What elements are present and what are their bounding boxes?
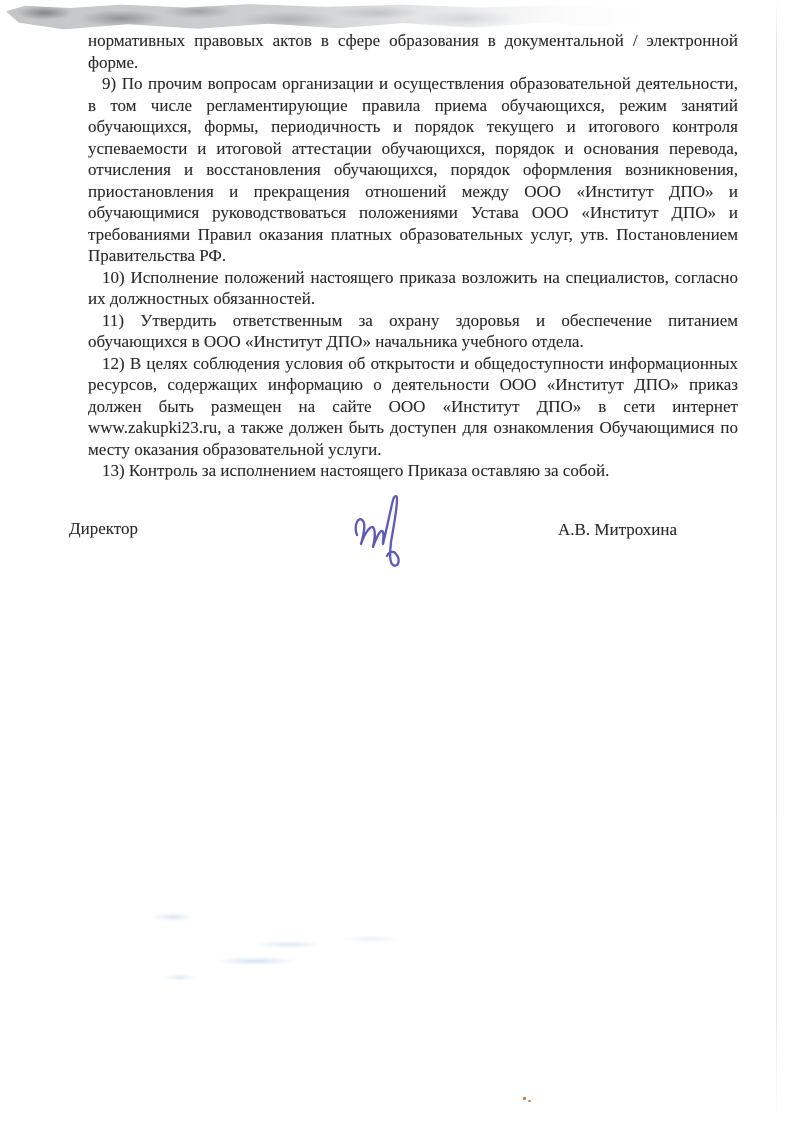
scanned-document-page: нормативных правовых актов в сфере образ… [0,0,794,1123]
paragraph-continuation: нормативных правовых актов в сфере образ… [88,30,738,73]
scanner-edge-band-artifact [6,3,646,31]
paragraph-item-9: 9) По прочим вопросам организации и осущ… [88,73,738,267]
signature-signer-name: А.В. Митрохина [558,520,677,540]
signature-role-label: Директор [69,519,138,539]
paragraph-item-11: 11) Утвердить ответственным за охрану зд… [88,310,738,353]
document-body: нормативных правовых актов в сфере образ… [88,30,738,482]
paragraph-item-12: 12) В целях соблюдения условия об открыт… [88,353,738,461]
paper-speck [528,1100,531,1102]
ink-bleedthrough-smudge [140,895,470,1005]
paragraph-item-13: 13) Контроль за исполнением настоящего П… [88,460,738,482]
scan-fold-line-artifact [776,0,777,1123]
paper-speck [523,1097,526,1100]
handwritten-signature [348,490,412,574]
paragraph-item-10: 10) Исполнение положений настоящего прик… [88,267,738,310]
